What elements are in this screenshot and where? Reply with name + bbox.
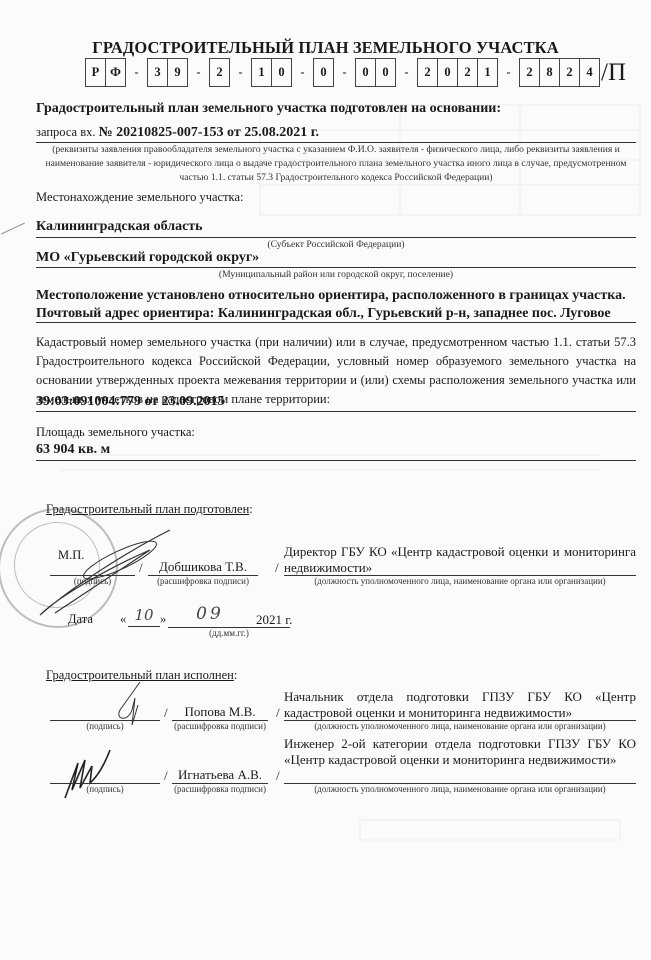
signature-note: (подпись) (50, 784, 160, 794)
code-digit-box: 0 (271, 58, 292, 87)
signature-note: (подпись) (50, 576, 135, 586)
landmark-line2: Почтовый адрес ориентира: Калининградска… (36, 306, 611, 322)
name-note: (расшифровка подписи) (172, 721, 268, 731)
prepared-position: Директор ГБУ КО «Центр кадастровой оценк… (284, 544, 636, 576)
signature-note: (подпись) (50, 721, 160, 731)
signer-name: Попова М.В. (172, 704, 268, 720)
subject-note: (Субъект Российской Федерации) (36, 239, 636, 250)
date-year: 2021 г. (256, 612, 292, 628)
location-label: Местонахождение земельного участка: (36, 190, 243, 205)
code-digit-box: 3 (147, 58, 168, 87)
code-digit-box: 2 (519, 58, 540, 87)
plan-number: РФ-39-2-10-0-00-2021-2824/П (85, 57, 626, 87)
signature-popova (110, 680, 150, 740)
request-number: № 20210825-007-153 от 25.08.2021 г. (99, 125, 319, 140)
municipality-value: МО «Гурьевский городской округ» (36, 250, 259, 266)
date-day: 10 (130, 606, 158, 624)
code-separator: - (334, 65, 355, 80)
code-digit-box: 2 (209, 58, 230, 87)
divider (36, 460, 636, 461)
code-digit-box: 0 (313, 58, 334, 87)
code-digit-box: 0 (437, 58, 458, 87)
code-group: 2824 (520, 58, 600, 87)
slash: / (276, 705, 280, 721)
code-digit-box: 2 (457, 58, 478, 87)
basis-heading: Градостроительный план земельного участк… (36, 101, 501, 117)
signer-position: Инженер 2-ой категории отдела подготовки… (284, 736, 636, 768)
day-line (128, 626, 160, 627)
code-group: РФ (86, 58, 126, 87)
code-digit-box: 0 (375, 58, 396, 87)
name-note: (расшифровка подписи) (172, 784, 268, 794)
code-digit-box: Р (85, 58, 106, 87)
position-note: (должность уполномоченного лица, наимено… (284, 576, 636, 586)
code-separator: - (292, 65, 313, 80)
code-group: 39 (148, 58, 188, 87)
code-digit-box: Ф (105, 58, 126, 87)
prepared-name: Добшикова Т.В. (148, 559, 258, 575)
code-digit-box: 1 (251, 58, 272, 87)
code-digit-box: 9 (167, 58, 188, 87)
municipality-note: (Муниципальный район или городской округ… (36, 269, 636, 280)
code-separator: - (396, 65, 417, 80)
signature-ignatieva (60, 748, 115, 803)
prepared-heading: Градостроительный план подготовлен: (46, 502, 253, 517)
divider (36, 411, 636, 412)
code-suffix: /П (601, 59, 626, 86)
code-separator: - (498, 65, 519, 80)
code-digit-box: 0 (355, 58, 376, 87)
position-note: (должность уполномоченного лица, наимено… (284, 784, 636, 794)
position-note: (должность уполномоченного лица, наимено… (284, 721, 636, 731)
slash: / (275, 560, 279, 576)
code-digit-box: 1 (477, 58, 498, 87)
request-line: запроса вх. № 20210825-007-153 от 25.08.… (36, 125, 319, 141)
name-note: (расшифровка подписи) (148, 576, 258, 586)
code-separator: - (126, 65, 147, 80)
landmark-line1: Местоположение установлено относительно … (36, 288, 626, 304)
code-digit-box: 4 (579, 58, 600, 87)
area-label: Площадь земельного участка: (36, 425, 195, 440)
date-label: Дата (68, 612, 93, 627)
quote-open: « (120, 612, 126, 627)
divider (36, 237, 636, 238)
code-group: 2021 (418, 58, 498, 87)
date-note: (дд.мм.гг.) (168, 628, 290, 638)
code-group: 10 (252, 58, 292, 87)
slash: / (139, 560, 143, 576)
code-group: 0 (314, 58, 334, 87)
area-value: 63 904 кв. м (36, 442, 110, 458)
request-prefix: запроса вх. (36, 125, 95, 139)
code-group: 2 (210, 58, 230, 87)
basis-note: (реквизиты заявления правообладателя зем… (36, 143, 636, 185)
signer-name: Игнатьева А.В. (172, 767, 268, 783)
code-digit-box: 8 (539, 58, 560, 87)
slash: / (164, 768, 168, 784)
cadastral-number: 39:03:091004:779 от 23.09.2015 (36, 394, 225, 410)
code-digit-box: 2 (559, 58, 580, 87)
slash: / (276, 768, 280, 784)
quote-close: » (160, 612, 166, 627)
divider (36, 267, 636, 268)
slash: / (164, 705, 168, 721)
signer-position: Начальник отдела подготовки ГПЗУ ГБУ КО … (284, 689, 636, 721)
code-separator: - (230, 65, 251, 80)
date-month: 09 (170, 604, 250, 624)
code-group: 00 (356, 58, 396, 87)
code-separator: - (188, 65, 209, 80)
divider (36, 322, 636, 323)
subject-value: Калининградская область (36, 219, 203, 235)
code-digit-box: 2 (417, 58, 438, 87)
document-title: ГРАДОСТРОИТЕЛЬНЫЙ ПЛАН ЗЕМЕЛЬНОГО УЧАСТК… (0, 38, 651, 58)
